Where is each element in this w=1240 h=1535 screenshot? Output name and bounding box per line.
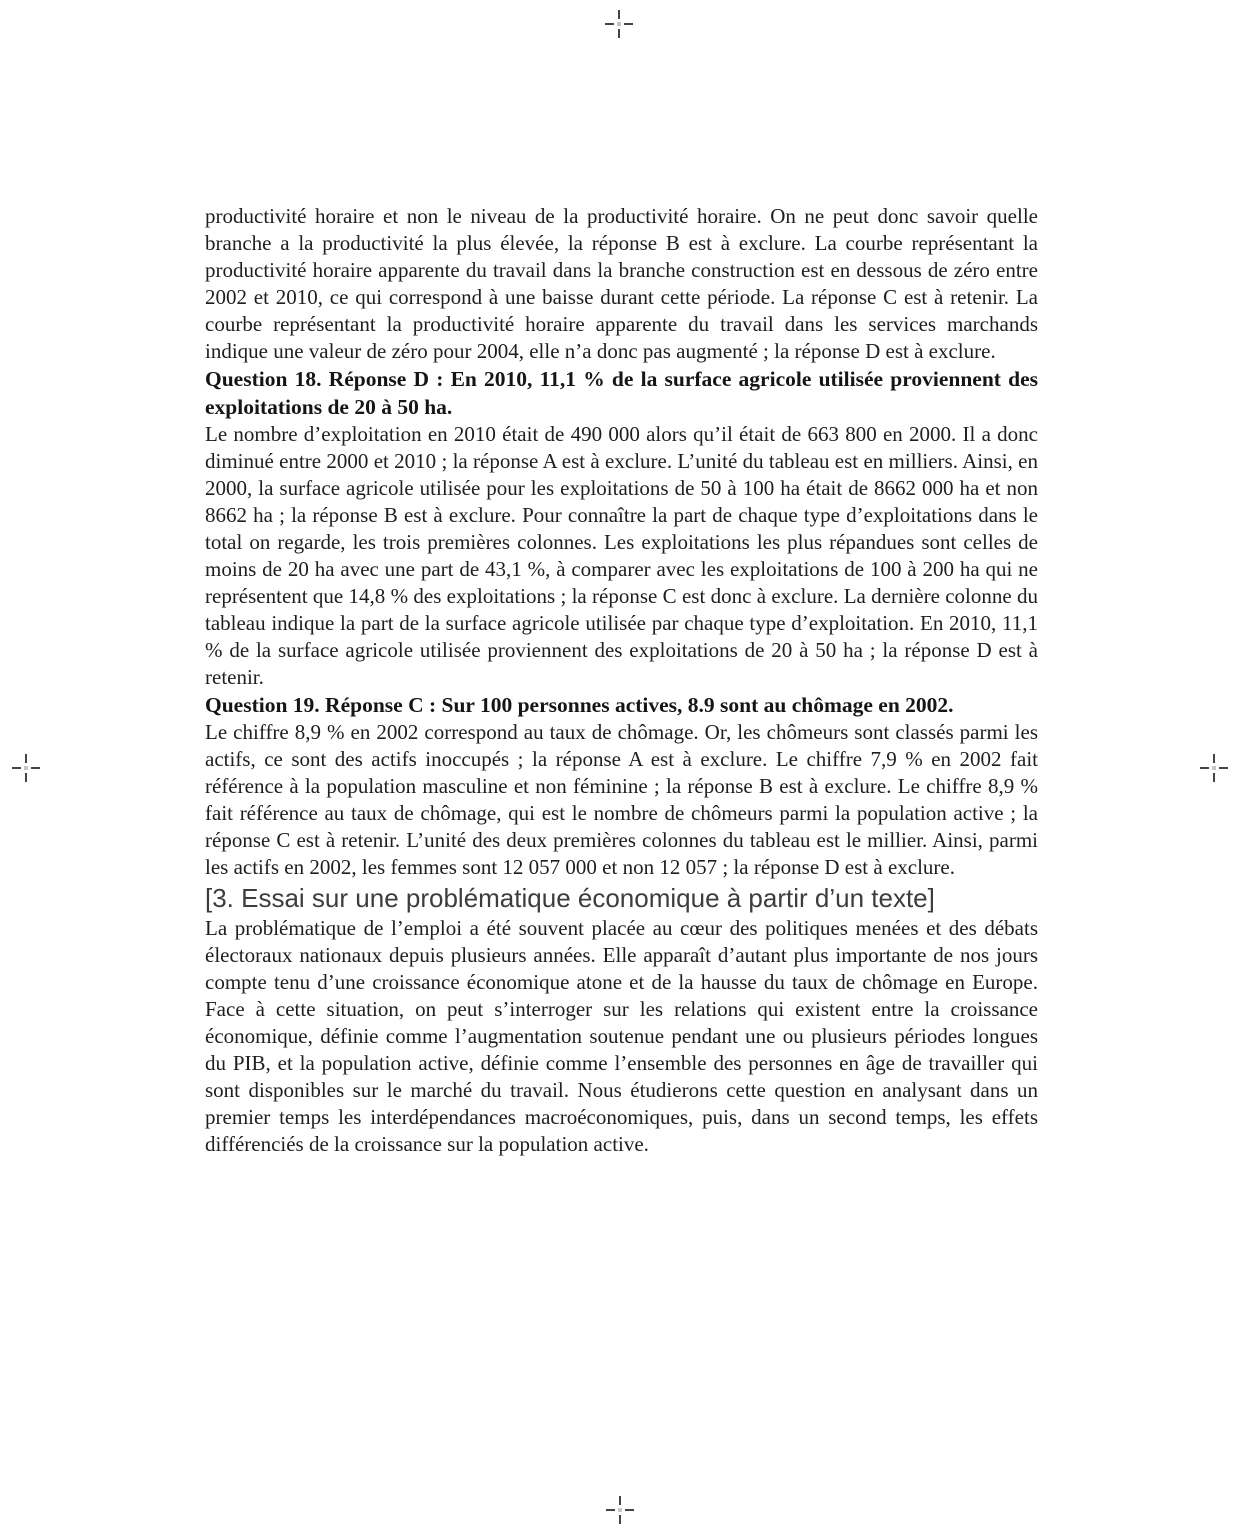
text-column: productivité horaire et non le niveau de… xyxy=(205,203,1038,1158)
registration-mark-top-icon xyxy=(605,10,633,38)
question-18-body: Le nombre d’exploitation en 2010 était d… xyxy=(205,421,1038,691)
question-18-heading: Question 18. Réponse D : En 2010, 11,1 %… xyxy=(205,365,1038,421)
registration-mark-left-icon xyxy=(12,754,40,782)
question-19-heading: Question 19. Réponse C : Sur 100 personn… xyxy=(205,691,1038,719)
paragraph-q17-continuation: productivité horaire et non le niveau de… xyxy=(205,203,1038,365)
registration-mark-right-icon xyxy=(1200,754,1228,782)
registration-mark-bottom-icon xyxy=(606,1496,634,1524)
question-19-body: Le chiffre 8,9 % en 2002 correspond au t… xyxy=(205,719,1038,881)
section-3-intro-paragraph: La problématique de l’emploi a été souve… xyxy=(205,915,1038,1158)
section-3-heading: [3. Essai sur une problématique économiq… xyxy=(205,881,1038,915)
document-page: { "page": { "background": "#ffffff", "bo… xyxy=(0,0,1240,1535)
